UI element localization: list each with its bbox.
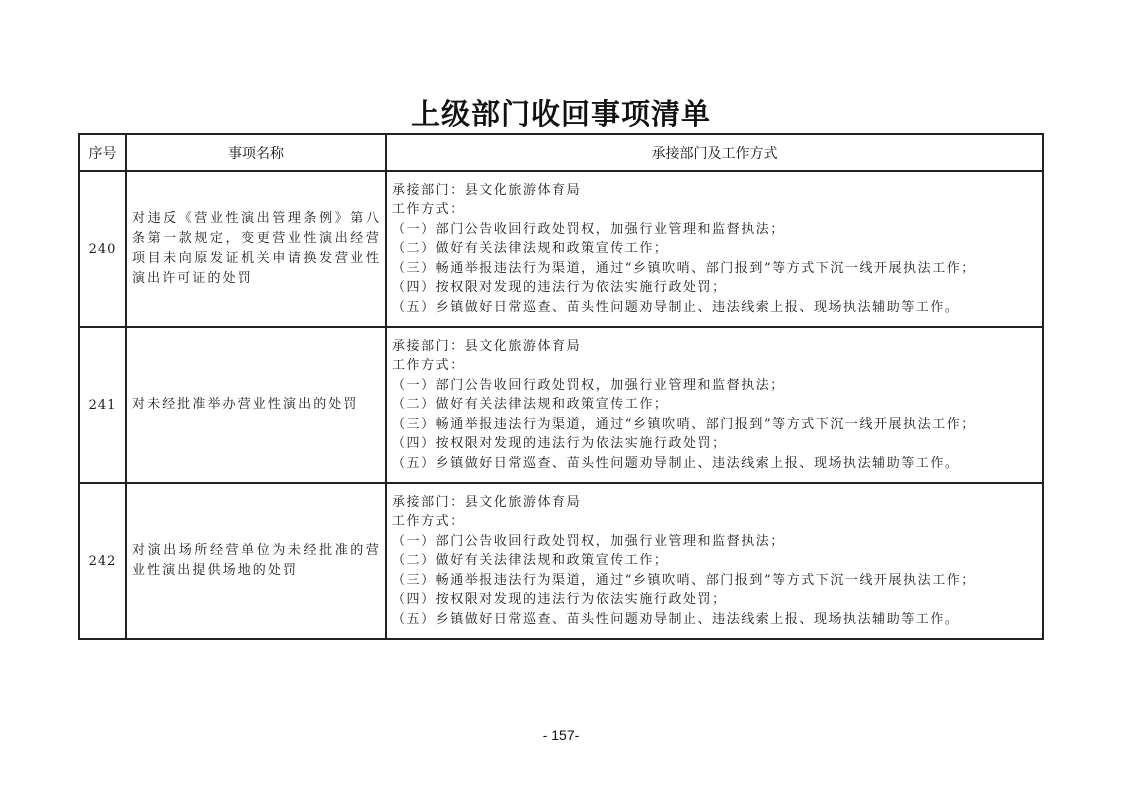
- method-line: （五）乡镇做好日常巡查、苗头性问题劝导制止、违法线索上报、现场执法辅助等工作。: [392, 610, 1038, 629]
- table-row: 241 对未经批准举办营业性演出的处罚 承接部门：县文化旅游体育局 工作方式： …: [79, 327, 1043, 483]
- method-line: （四）按权限对发现的违法行为依法实施行政处罚；: [392, 278, 1038, 297]
- row-item-name: 对未经批准举办营业性演出的处罚: [126, 327, 386, 483]
- row-serial-number: 240: [79, 171, 126, 327]
- row-serial-number: 241: [79, 327, 126, 483]
- method-line: （一）部门公告收回行政处罚权，加强行业管理和监督执法；: [392, 532, 1038, 551]
- method-line: （一）部门公告收回行政处罚权，加强行业管理和监督执法；: [392, 220, 1038, 239]
- method-line: 承接部门：县文化旅游体育局: [392, 181, 1038, 200]
- method-line: 工作方式：: [392, 200, 1038, 219]
- method-line: （一）部门公告收回行政处罚权，加强行业管理和监督执法；: [392, 376, 1038, 395]
- method-line: 承接部门：县文化旅游体育局: [392, 337, 1038, 356]
- header-department-and-method: 承接部门及工作方式: [386, 134, 1043, 171]
- table-row: 240 对违反《营业性演出管理条例》第八条第一款规定，变更营业性演出经营项目未向…: [79, 171, 1043, 327]
- method-line: （三）畅通举报违法行为渠道，通过“乡镇吹哨、部门报到”等方式下沉一线开展执法工作…: [392, 259, 1038, 278]
- table-row: 242 对演出场所经营单位为未经批准的营业性演出提供场地的处罚 承接部门：县文化…: [79, 483, 1043, 639]
- method-line: （五）乡镇做好日常巡查、苗头性问题劝导制止、违法线索上报、现场执法辅助等工作。: [392, 298, 1038, 317]
- row-department-and-method: 承接部门：县文化旅游体育局 工作方式： （一）部门公告收回行政处罚权，加强行业管…: [386, 483, 1043, 639]
- page-number: - 157-: [0, 727, 1122, 743]
- method-line: （三）畅通举报违法行为渠道，通过“乡镇吹哨、部门报到”等方式下沉一线开展执法工作…: [392, 571, 1038, 590]
- method-line: （二）做好有关法律法规和政策宣传工作；: [392, 395, 1038, 414]
- page-title: 上级部门收回事项清单: [0, 92, 1122, 133]
- method-line: （四）按权限对发现的违法行为依法实施行政处罚；: [392, 434, 1038, 453]
- header-serial-number: 序号: [79, 134, 126, 171]
- method-line: 工作方式：: [392, 356, 1038, 375]
- method-line: （三）畅通举报违法行为渠道，通过“乡镇吹哨、部门报到”等方式下沉一线开展执法工作…: [392, 415, 1038, 434]
- row-department-and-method: 承接部门：县文化旅游体育局 工作方式： （一）部门公告收回行政处罚权，加强行业管…: [386, 171, 1043, 327]
- method-line: 工作方式：: [392, 512, 1038, 531]
- row-department-and-method: 承接部门：县文化旅游体育局 工作方式： （一）部门公告收回行政处罚权，加强行业管…: [386, 327, 1043, 483]
- table-header-row: 序号 事项名称 承接部门及工作方式: [79, 134, 1043, 171]
- recalled-items-table: 序号 事项名称 承接部门及工作方式 240 对违反《营业性演出管理条例》第八条第…: [78, 133, 1044, 640]
- method-line: （二）做好有关法律法规和政策宣传工作；: [392, 551, 1038, 570]
- method-line: （五）乡镇做好日常巡查、苗头性问题劝导制止、违法线索上报、现场执法辅助等工作。: [392, 454, 1038, 473]
- method-line: （二）做好有关法律法规和政策宣传工作；: [392, 239, 1038, 258]
- header-item-name: 事项名称: [126, 134, 386, 171]
- method-line: 承接部门：县文化旅游体育局: [392, 493, 1038, 512]
- row-serial-number: 242: [79, 483, 126, 639]
- method-line: （四）按权限对发现的违法行为依法实施行政处罚；: [392, 590, 1038, 609]
- row-item-name: 对演出场所经营单位为未经批准的营业性演出提供场地的处罚: [126, 483, 386, 639]
- row-item-name: 对违反《营业性演出管理条例》第八条第一款规定，变更营业性演出经营项目未向原发证机…: [126, 171, 386, 327]
